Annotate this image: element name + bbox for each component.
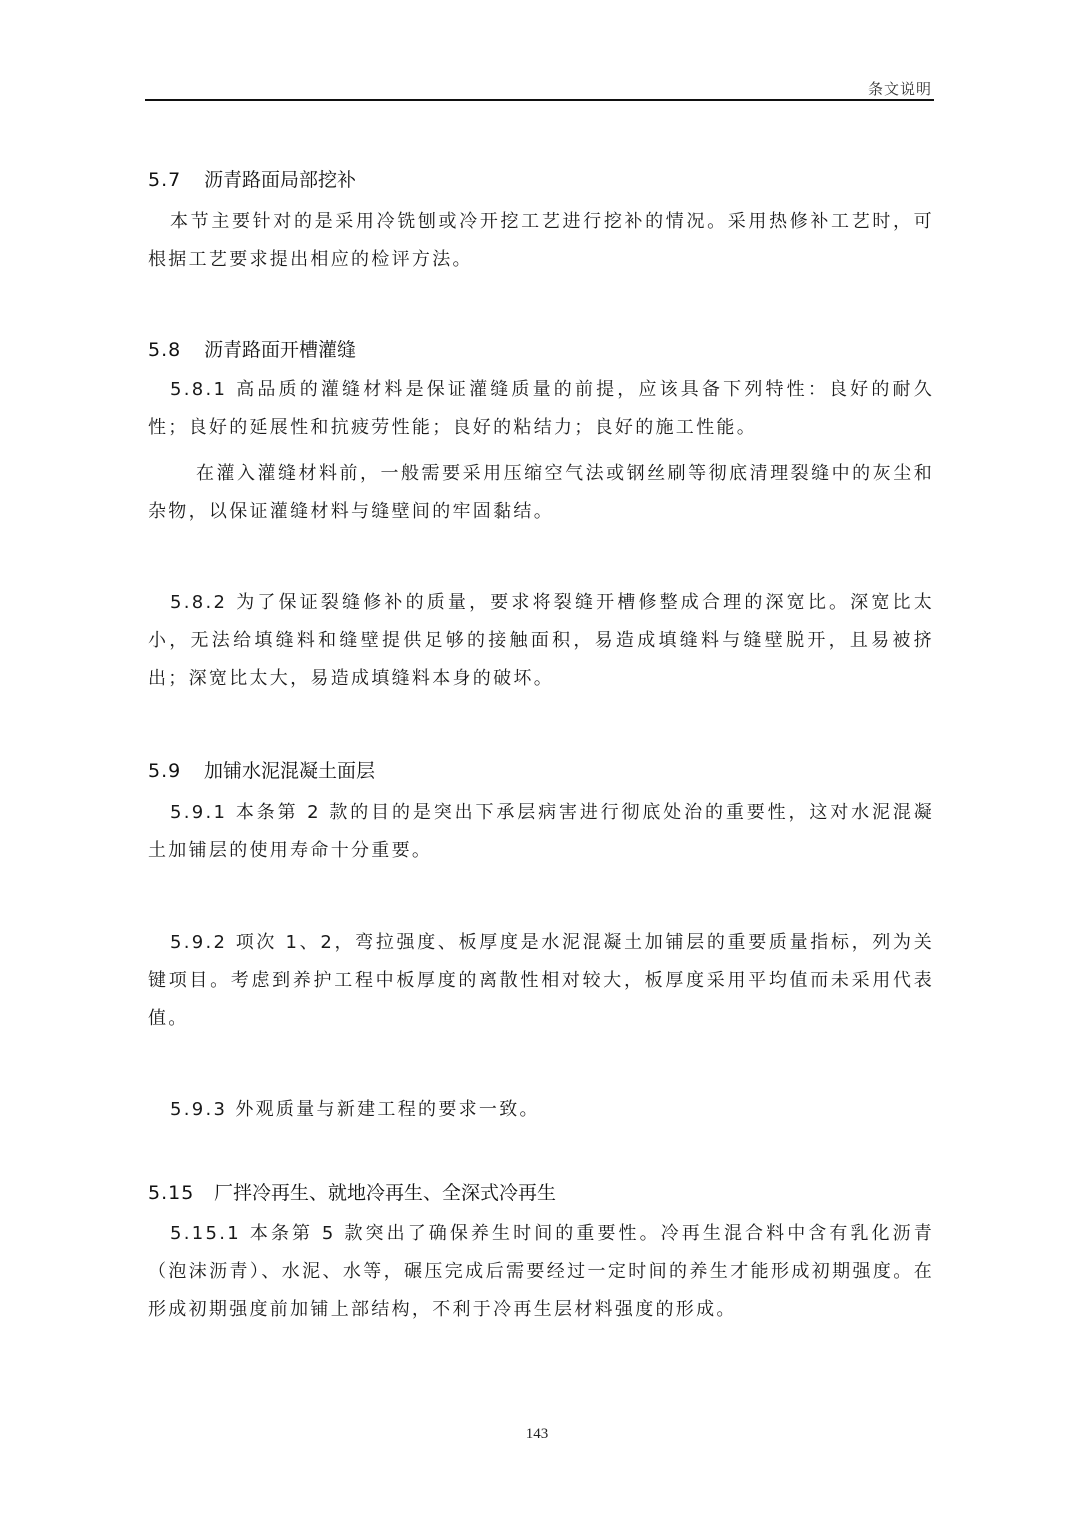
paragraph: 本节主要针对的是采用冷铣刨或冷开挖工艺进行挖补的情况。采用热修补工艺时，可根据工… bbox=[148, 203, 934, 279]
paragraph: 在灌入灌缝材料前，一般需要采用压缩空气法或钢丝刷等彻底清理裂缝中的灰尘和杂物，以… bbox=[148, 455, 934, 531]
section-number: 5.7 bbox=[148, 168, 204, 192]
section-title: 加铺水泥混凝土面层 bbox=[204, 760, 375, 782]
section-5-15: 5.15厂拌冷再生、就地冷再生、全深式冷再生 bbox=[148, 1181, 934, 1205]
header-divider bbox=[145, 99, 934, 101]
section-number: 5.15 bbox=[148, 1181, 214, 1205]
clause-5-8-2: 5.8.2 为了保证裂缝修补的质量，要求将裂缝开槽修整成合理的深宽比。深宽比太小… bbox=[148, 584, 934, 698]
clause-5-9-1: 5.9.1 本条第 2 款的目的是突出下承层病害进行彻底处治的重要性，这对水泥混… bbox=[148, 794, 934, 870]
clause-5-15-1: 5.15.1 本条第 5 款突出了确保养生时间的重要性。冷再生混合料中含有乳化沥… bbox=[148, 1215, 934, 1329]
section-5-7: 5.7沥青路面局部挖补 bbox=[148, 168, 934, 192]
clause-5-9-3: 5.9.3 外观质量与新建工程的要求一致。 bbox=[148, 1091, 934, 1129]
clause-5-8-1: 5.8.1 高品质的灌缝材料是保证灌缝质量的前提，应该具备下列特性：良好的耐久性… bbox=[148, 371, 934, 447]
section-title: 厂拌冷再生、就地冷再生、全深式冷再生 bbox=[214, 1182, 556, 1204]
section-heading: 5.9加铺水泥混凝土面层 bbox=[148, 759, 934, 783]
section-5-8: 5.8沥青路面开槽灌缝 bbox=[148, 338, 934, 362]
clause-5-9-2: 5.9.2 项次 1、2，弯拉强度、板厚度是水泥混凝土加铺层的重要质量指标，列为… bbox=[148, 924, 934, 1038]
section-number: 5.8 bbox=[148, 338, 204, 362]
section-title: 沥青路面开槽灌缝 bbox=[204, 339, 356, 361]
section-number: 5.9 bbox=[148, 759, 204, 783]
page-number: 143 bbox=[0, 1426, 1074, 1443]
running-header: 条文说明 bbox=[868, 78, 932, 99]
section-heading: 5.15厂拌冷再生、就地冷再生、全深式冷再生 bbox=[148, 1181, 934, 1205]
section-heading: 5.8沥青路面开槽灌缝 bbox=[148, 338, 934, 362]
section-5-9: 5.9加铺水泥混凝土面层 bbox=[148, 759, 934, 783]
section-title: 沥青路面局部挖补 bbox=[204, 169, 356, 191]
section-heading: 5.7沥青路面局部挖补 bbox=[148, 168, 934, 192]
